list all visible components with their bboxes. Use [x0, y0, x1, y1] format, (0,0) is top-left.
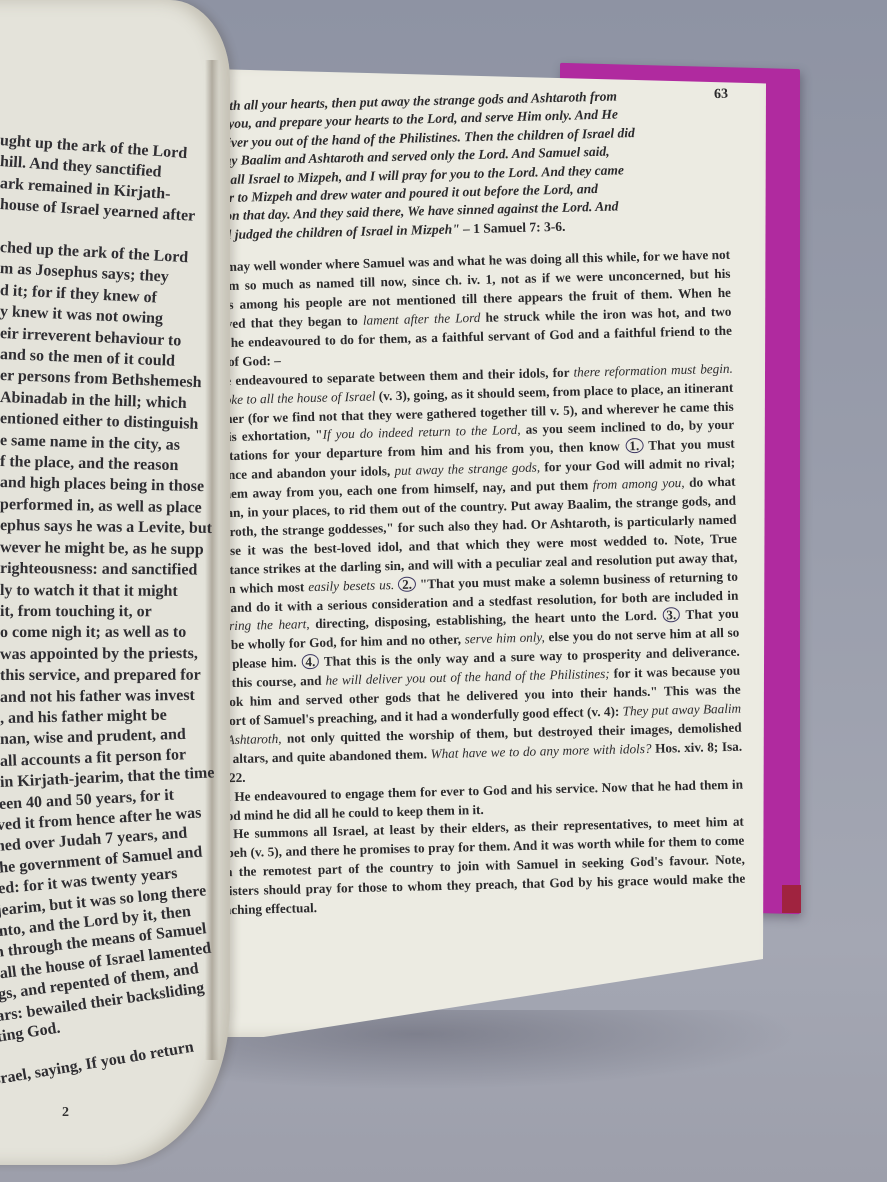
pen-circle-marker: 4.: [301, 654, 319, 669]
pen-circle-marker: 2.: [398, 576, 416, 591]
paragraph-section-1: 1. He endeavoured to separate between th…: [193, 359, 743, 788]
left-page-line: it, from touching it, or: [0, 601, 230, 623]
quote-reference: – 1 Samuel 7: 3-6.: [459, 219, 565, 237]
right-page: 63 Lord with all your hearts, then put a…: [168, 62, 766, 1037]
right-page-content: 63 Lord with all your hearts, then put a…: [186, 85, 746, 921]
left-page-line: ly to watch it that it might: [0, 580, 230, 602]
left-page-line: ephus says he was a Levite, but: [0, 515, 230, 540]
commentary-text: We may well wonder where Samuel was and …: [190, 246, 746, 921]
scripture-quote: Lord with all your hearts, then put away…: [186, 85, 729, 245]
left-page-line: this service, and prepared for: [0, 665, 230, 687]
paragraph-section-2-1: 1. He summons all Israel, at least by th…: [204, 813, 746, 921]
left-page-line: righteousness: and sanctified: [0, 558, 230, 581]
paragraph-intro: We may well wonder where Samuel was and …: [190, 246, 733, 373]
photo-scene: 63 Lord with all your hearts, then put a…: [0, 0, 887, 1182]
page-number: 63: [714, 87, 728, 103]
left-page-content: ught up the ark of the Lordhill. And the…: [0, 130, 230, 1093]
left-page-line: wever he might be, as he supp: [0, 537, 230, 561]
cover-inner-edge: [782, 885, 801, 913]
pen-circle-marker: 1.: [625, 438, 643, 453]
left-page-line: was appointed by the priests,: [0, 643, 230, 665]
pen-circle-marker: 3.: [662, 608, 680, 623]
left-page-line: o come nigh it; as well as to: [0, 622, 230, 644]
left-page-number: 2: [62, 1105, 69, 1121]
